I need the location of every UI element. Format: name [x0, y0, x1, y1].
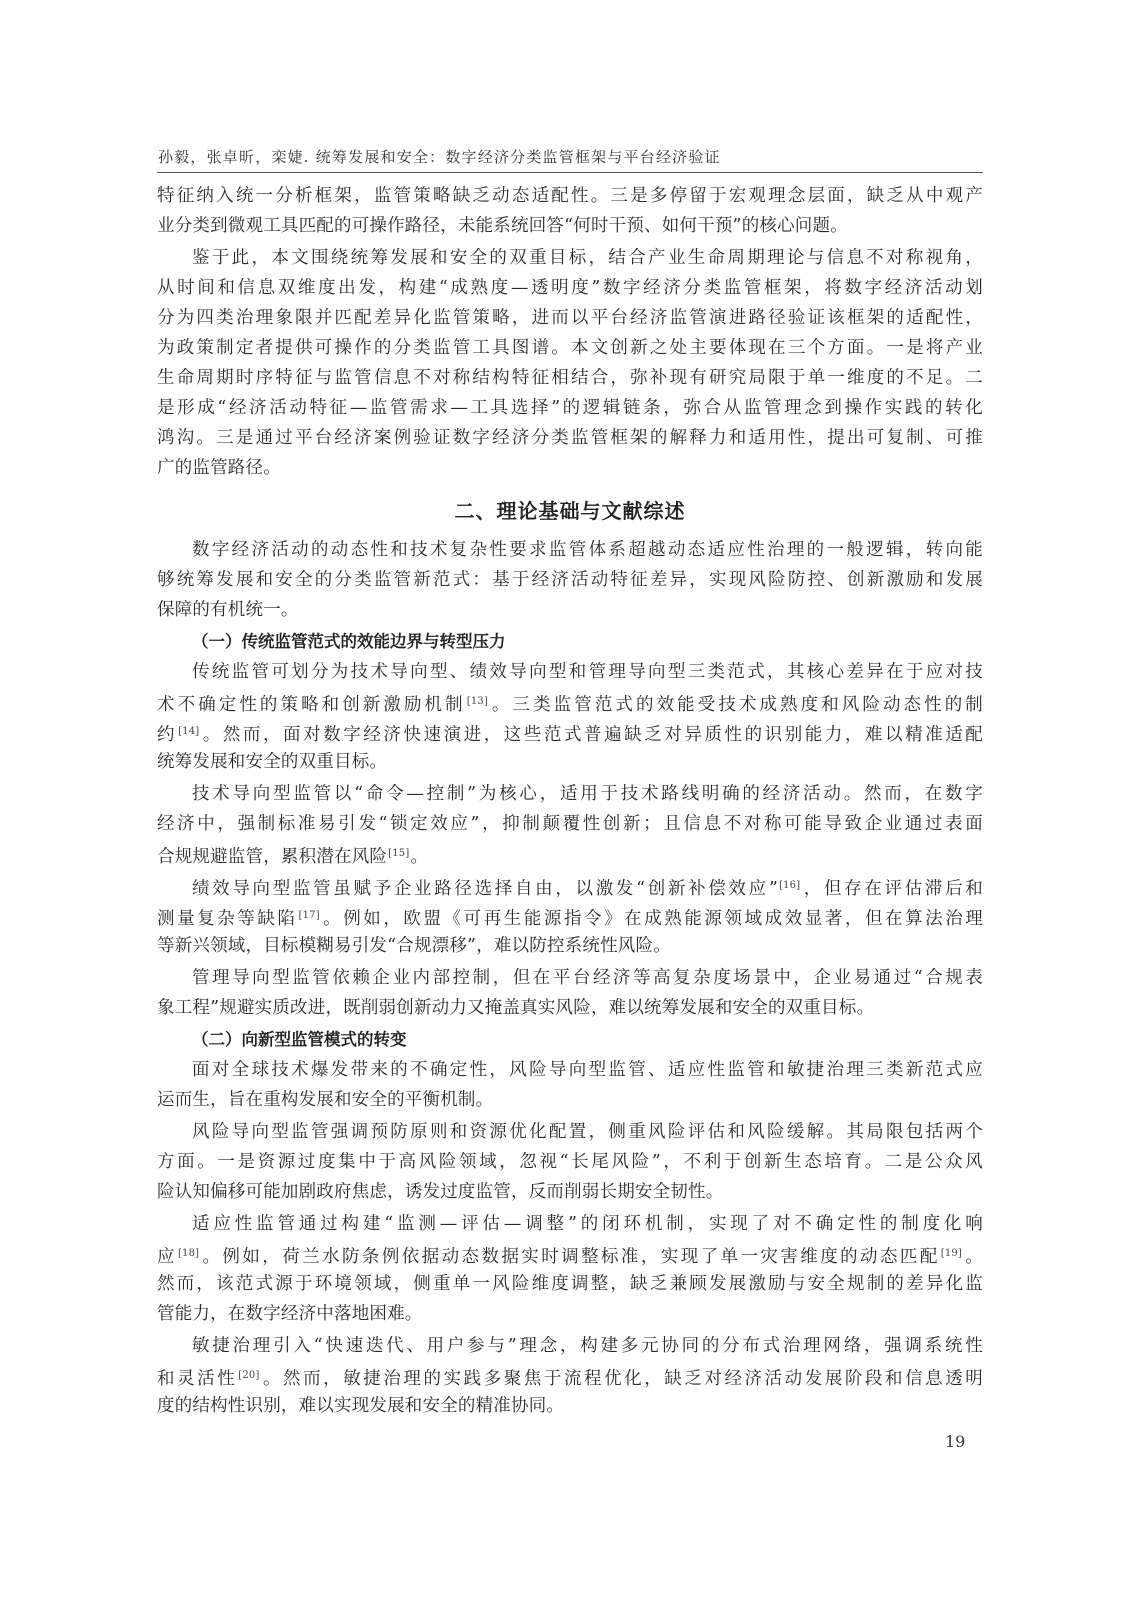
text-line: 然而，该范式源于环境领域，侧重单一风险维度调整，缺乏兼顾发展激励与安全规制的差异… — [157, 1269, 983, 1299]
text-line: 从时间和信息双维度出发，构建“成熟度—透明度”数字经济分类监管框架，将数字经济活… — [157, 273, 983, 303]
citation-ref[interactable]: [20] — [238, 1370, 259, 1381]
text-line: 生命周期时序特征与监管信息不对称结构特征相结合，弥补现有研究局限于单一维度的不足… — [157, 363, 983, 393]
text-span: 。例如，荷兰水防条例依据动态数据实时调整标准，实现了单一灾害维度的动态匹配 — [200, 1247, 939, 1267]
text-line: 适应性监管通过构建“监测—评估—调整”的闭环机制，实现了对不确定性的制度化响 — [157, 1209, 983, 1239]
text-span: 约 — [157, 725, 177, 745]
text-line: 业分类到微观工具匹配的可操作路径，未能系统回答“何时干预、如何干预”的核心问题。 — [157, 211, 983, 241]
page-number: 19 — [945, 1432, 965, 1451]
text-line: 保障的有机统一。 — [157, 595, 983, 625]
text-line: 术不确定性的策略和创新激励机制[13]。三类监管范式的效能受技术成熟度和风险动态… — [157, 687, 983, 717]
text-line: 运而生，旨在重构发展和安全的平衡机制。 — [157, 1085, 983, 1115]
subsection-heading: （二）向新型监管模式的转变 — [157, 1025, 983, 1055]
citation-ref[interactable]: [18] — [178, 1248, 199, 1259]
text-line: 风险导向型监管强调预防原则和资源优化配置，侧重风险评估和风险缓解。其局限包括两个 — [157, 1117, 983, 1147]
paragraph: 风险导向型监管强调预防原则和资源优化配置，侧重风险评估和风险缓解。其局限包括两个… — [157, 1117, 983, 1207]
subsection-heading: （一）传统监管范式的效能边界与转型压力 — [157, 627, 983, 657]
paragraph: 管理导向型监管依赖企业内部控制，但在平台经济等高复杂度场景中，企业易通过“合规表… — [157, 963, 983, 1023]
text-line: 测量复杂等缺陷[17]。例如，欧盟《可再生能源指令》在成熟能源领域成效显著，但在… — [157, 901, 983, 931]
paragraph: 传统监管可划分为技术导向型、绩效导向型和管理导向型三类范式，其核心差异在于应对技… — [157, 657, 983, 777]
text-line: 传统监管可划分为技术导向型、绩效导向型和管理导向型三类范式，其核心差异在于应对技 — [157, 657, 983, 687]
text-line: 方面。一是资源过度集中于高风险领域，忽视“长尾风险”，不利于创新生态培育。二是公… — [157, 1147, 983, 1177]
paragraph-contributions: 鉴于此，本文围绕统筹发展和安全的双重目标，结合产业生命周期理论与信息不对称视角，… — [157, 243, 983, 483]
paragraph: 面对全球技术爆发带来的不确定性，风险导向型监管、适应性监管和敏捷治理三类新范式应… — [157, 1055, 983, 1115]
text-line: 管理导向型监管依赖企业内部控制，但在平台经济等高复杂度场景中，企业易通过“合规表 — [157, 963, 983, 993]
citation-ref[interactable]: [19] — [941, 1248, 962, 1259]
section-heading: 二、理论基础与文献综述 — [157, 491, 983, 531]
text-span: 和灵活性 — [157, 1369, 237, 1389]
citation-ref[interactable]: [16] — [779, 880, 800, 891]
text-span: 。三类监管范式的效能受技术成熟度和风险动态性的制 — [489, 695, 983, 715]
text-line: 特征纳入统一分析框架，监管策略缺乏动态适配性。三是多停留于宏观理念层面，缺乏从中… — [157, 181, 983, 211]
running-header: 孙毅，张卓昕，栾婕. 统筹发展和安全：数字经济分类监管框架与平台经济验证 — [158, 146, 721, 167]
article-body: 特征纳入统一分析框架，监管策略缺乏动态适配性。三是多停留于宏观理念层面，缺乏从中… — [157, 181, 983, 1423]
text-line: 面对全球技术爆发带来的不确定性，风险导向型监管、适应性监管和敏捷治理三类新范式应 — [157, 1055, 983, 1085]
text-line: 绩效导向型监管虽赋予企业路径选择自由，以激发“创新补偿效应”[16]，但存在评估… — [157, 871, 983, 901]
text-span: 绩效导向型监管虽赋予企业路径选择自由，以激发“创新补偿效应” — [192, 879, 778, 899]
text-span: 。 — [410, 847, 428, 867]
text-line: 敏捷治理引入“快速迭代、用户参与”理念，构建多元协同的分布式治理网络，强调系统性 — [157, 1331, 983, 1361]
text-span: ，但存在评估滞后和 — [801, 879, 983, 899]
text-line: 为政策制定者提供可操作的分类监管工具图谱。本文创新之处主要体现在三个方面。一是将… — [157, 333, 983, 363]
text-line: 应[18]。例如，荷兰水防条例依据动态数据实时调整标准，实现了单一灾害维度的动态… — [157, 1239, 983, 1269]
citation-ref[interactable]: [13] — [467, 696, 488, 707]
text-line: 约[14]。然而，面对数字经济快速演进，这些范式普遍缺乏对异质性的识别能力，难以… — [157, 717, 983, 747]
text-span: 。然而，面对数字经济快速演进，这些范式普遍缺乏对异质性的识别能力，难以精准适配 — [200, 725, 983, 745]
paragraph-continued: 特征纳入统一分析框架，监管策略缺乏动态适配性。三是多停留于宏观理念层面，缺乏从中… — [157, 181, 983, 241]
text-line: 管能力，在数字经济中落地困难。 — [157, 1299, 983, 1329]
text-span: 。然而，敏捷治理的实践多聚焦于流程优化，缺乏对经济活动发展阶段和信息透明 — [261, 1369, 983, 1389]
paragraph: 绩效导向型监管虽赋予企业路径选择自由，以激发“创新补偿效应”[16]，但存在评估… — [157, 871, 983, 961]
text-line: 统筹发展和安全的双重目标。 — [157, 747, 983, 777]
section-intro: 数字经济活动的动态性和技术复杂性要求监管体系超越动态适应性治理的一般逻辑，转向能… — [157, 535, 983, 625]
text-line: 经济中，强制标准易引发“锁定效应”，抑制颠覆性创新；且信息不对称可能导致企业通过… — [157, 809, 983, 839]
text-line: 和灵活性[20]。然而，敏捷治理的实践多聚焦于流程优化，缺乏对经济活动发展阶段和… — [157, 1361, 983, 1391]
paragraph: 技术导向型监管以“命令—控制”为核心，适用于技术路线明确的经济活动。然而，在数字… — [157, 779, 983, 869]
text-line: 分为四类治理象限并匹配差异化监管策略，进而以平台经济监管演进路径验证该框架的适配… — [157, 303, 983, 333]
paragraph: 适应性监管通过构建“监测—评估—调整”的闭环机制，实现了对不确定性的制度化响 应… — [157, 1209, 983, 1329]
text-line: 象工程”规避实质改进，既削弱创新动力又掩盖真实风险，难以统筹发展和安全的双重目标… — [157, 993, 983, 1023]
text-span: 术不确定性的策略和创新激励机制 — [157, 695, 466, 715]
text-line: 等新兴领域，目标模糊易引发“合规漂移”，难以防控系统性风险。 — [157, 931, 983, 961]
text-span: 合规规避监管，累积潜在风险 — [157, 847, 387, 867]
text-line: 度的结构性识别，难以实现发展和安全的精准协同。 — [157, 1391, 983, 1421]
header-rule — [157, 172, 983, 173]
text-span: 应 — [157, 1247, 177, 1267]
text-line: 鉴于此，本文围绕统筹发展和安全的双重目标，结合产业生命周期理论与信息不对称视角， — [157, 243, 983, 273]
text-line: 险认知偏移可能加剧政府焦虑，诱发过度监管，反而削弱长期安全韧性。 — [157, 1177, 983, 1207]
text-line: 合规规避监管，累积潜在风险[15]。 — [157, 839, 983, 869]
citation-ref[interactable]: [17] — [298, 910, 319, 921]
text-line: 够统筹发展和安全的分类监管新范式：基于经济活动特征差异，实现风险防控、创新激励和… — [157, 565, 983, 595]
citation-ref[interactable]: [14] — [178, 726, 199, 737]
text-line: 鸿沟。三是通过平台经济案例验证数字经济分类监管框架的解释力和适用性，提出可复制、… — [157, 423, 983, 453]
text-span: 。例如，欧盟《可再生能源指令》在成熟能源领域成效显著，但在算法治理 — [321, 909, 983, 929]
text-line: 技术导向型监管以“命令—控制”为核心，适用于技术路线明确的经济活动。然而，在数字 — [157, 779, 983, 809]
text-line: 数字经济活动的动态性和技术复杂性要求监管体系超越动态适应性治理的一般逻辑，转向能 — [157, 535, 983, 565]
text-span: 测量复杂等缺陷 — [157, 909, 297, 929]
citation-ref[interactable]: [15] — [388, 848, 409, 859]
text-span: 。 — [963, 1247, 983, 1267]
journal-page: 孙毅，张卓昕，栾婕. 统筹发展和安全：数字经济分类监管框架与平台经济验证 特征纳… — [0, 0, 1140, 1600]
paragraph: 敏捷治理引入“快速迭代、用户参与”理念，构建多元协同的分布式治理网络，强调系统性… — [157, 1331, 983, 1421]
text-line: 是形成“经济活动特征—监管需求—工具选择”的逻辑链条，弥合从监管理念到操作实践的… — [157, 393, 983, 423]
text-line: 广的监管路径。 — [157, 453, 983, 483]
